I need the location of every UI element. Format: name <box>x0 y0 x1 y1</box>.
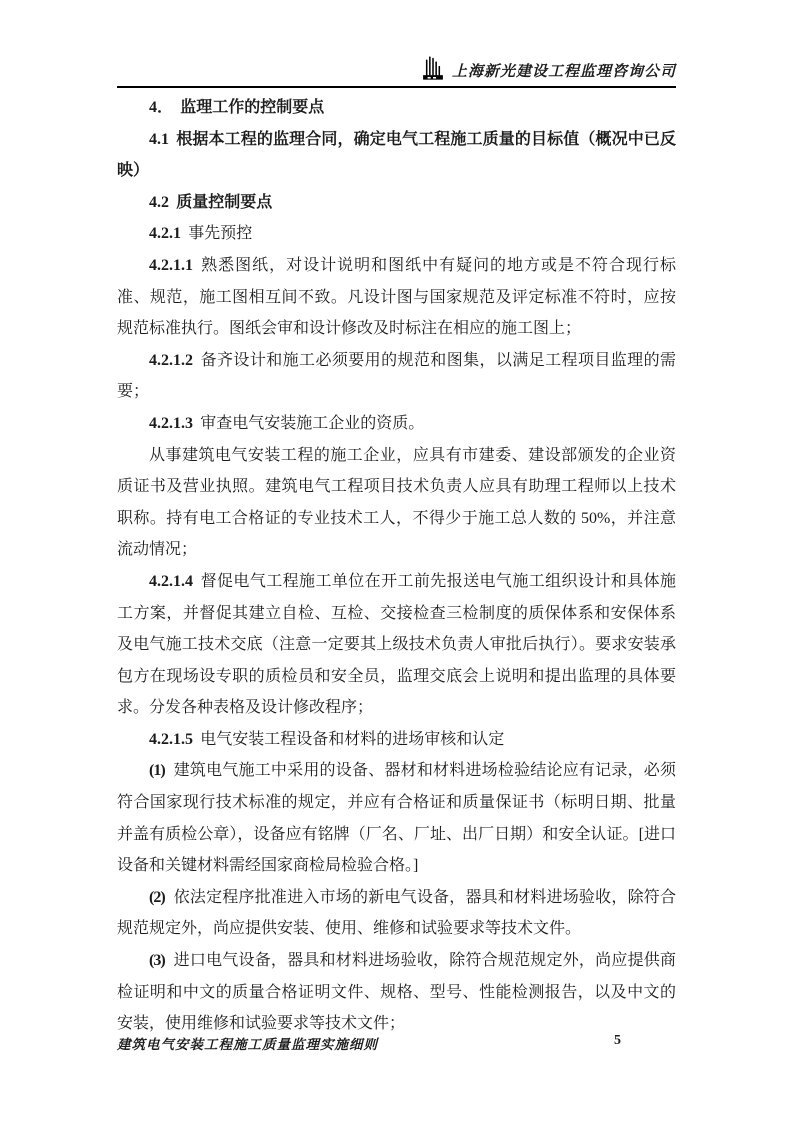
paragraph-4: 4．监理工作的控制要点 <box>117 92 676 124</box>
page-footer: 建筑电气安装工程施工质量监理实施细则 5 <box>117 1033 676 1057</box>
paragraph-text: 事先预控 <box>188 225 252 242</box>
paragraph-text: 督促电气工程施工单位在开工前先报送电气施工组织设计和具体施工方案，并督促其建立自… <box>117 573 676 716</box>
paragraph-4-2-1-1: 4.2.1.1熟悉图纸，对设计说明和图纸中有疑问的地方或是不符合现行标准、规范，… <box>117 250 676 345</box>
clause-number: 4.2.1.4 <box>149 573 193 590</box>
clause-number: 4.2.1.2 <box>149 352 193 369</box>
clause-number: 4.2 <box>149 194 169 211</box>
clause-number: 4.2.1.5 <box>149 731 193 748</box>
paragraph-4-1: 4.1根据本工程的监理合同，确定电气工程施工质量的目标值（概况中已反映） <box>117 124 676 187</box>
clause-number: 4． <box>149 99 173 116</box>
paragraph-text: 审查电气安装施工企业的资质。 <box>200 415 424 432</box>
clause-number: 4.2.1.1 <box>149 257 193 274</box>
paragraph-plain-7: 从事建筑电气安装工程的施工企业，应具有市建委、建设部颁发的企业资质证书及营业执照… <box>117 440 676 566</box>
paragraph-4-2: 4.2质量控制要点 <box>117 187 676 219</box>
paragraph-text: 监理工作的控制要点 <box>180 99 324 116</box>
paragraph-text: 电气安装工程设备和材料的进场审核和认定 <box>200 731 504 748</box>
document-body: 4．监理工作的控制要点4.1根据本工程的监理合同，确定电气工程施工质量的目标值（… <box>117 92 676 1040</box>
footer-doc-title: 建筑电气安装工程施工质量监理实施细则 <box>117 1033 378 1053</box>
paragraph-text: 质量控制要点 <box>176 194 272 211</box>
clause-number: 4.2.1 <box>149 225 181 242</box>
clause-number: 4.1 <box>149 131 169 148</box>
clause-number: 4.2.1.3 <box>149 415 193 432</box>
paragraph-text: 根据本工程的监理合同，确定电气工程施工质量的目标值（概况中已反映） <box>117 131 676 180</box>
document-page: 上海新光建设工程监理咨询公司 4．监理工作的控制要点4.1根据本工程的监理合同，… <box>0 0 793 1122</box>
page-header: 上海新光建设工程监理咨询公司 <box>117 54 676 88</box>
footer-page-number: 5 <box>614 1033 621 1049</box>
paragraph-4-2-1-3: 4.2.1.3审查电气安装施工企业的资质。 <box>117 408 676 440</box>
company-logo-building-icon <box>421 54 445 81</box>
paragraph-4-2-1: 4.2.1事先预控 <box>117 218 676 250</box>
paragraph--3: (3)进口电气设备，器具和材料进场验收，除符合规范规定外，尚应提供商检证明和中文… <box>117 945 676 1040</box>
paragraph-text: 从事建筑电气安装工程的施工企业，应具有市建委、建设部颁发的企业资质证书及营业执照… <box>117 447 676 559</box>
paragraph-text: 备齐设计和施工必须要用的规范和图集，以满足工程项目监理的需要； <box>117 352 676 401</box>
clause-number: (1) <box>149 762 165 779</box>
paragraph--2: (2)依法定程序批准进入市场的新电气设备，器具和材料进场验收，除符合规范规定外，… <box>117 882 676 945</box>
paragraph-text: 进口电气设备，器具和材料进场验收，除符合规范规定外，尚应提供商检证明和中文的质量… <box>117 952 676 1032</box>
paragraph-4-2-1-4: 4.2.1.4督促电气工程施工单位在开工前先报送电气施工组织设计和具体施工方案，… <box>117 566 676 724</box>
paragraph-text: 依法定程序批准进入市场的新电气设备，器具和材料进场验收，除符合规范规定外，尚应提… <box>117 889 676 938</box>
paragraph-4-2-1-5: 4.2.1.5电气安装工程设备和材料的进场审核和认定 <box>117 724 676 756</box>
clause-number: (3) <box>149 952 165 969</box>
clause-number: (2) <box>149 889 165 906</box>
paragraph-text: 熟悉图纸，对设计说明和图纸中有疑问的地方或是不符合现行标准、规范，施工图相互间不… <box>117 257 676 337</box>
paragraph-text: 建筑电气施工中采用的设备、器材和材料进场检验结论应有记录，必须符合国家现行技术标… <box>117 762 676 874</box>
company-name: 上海新光建设工程监理咨询公司 <box>452 63 676 81</box>
paragraph--1: (1)建筑电气施工中采用的设备、器材和材料进场检验结论应有记录，必须符合国家现行… <box>117 755 676 881</box>
paragraph-4-2-1-2: 4.2.1.2备齐设计和施工必须要用的规范和图集，以满足工程项目监理的需要； <box>117 345 676 408</box>
